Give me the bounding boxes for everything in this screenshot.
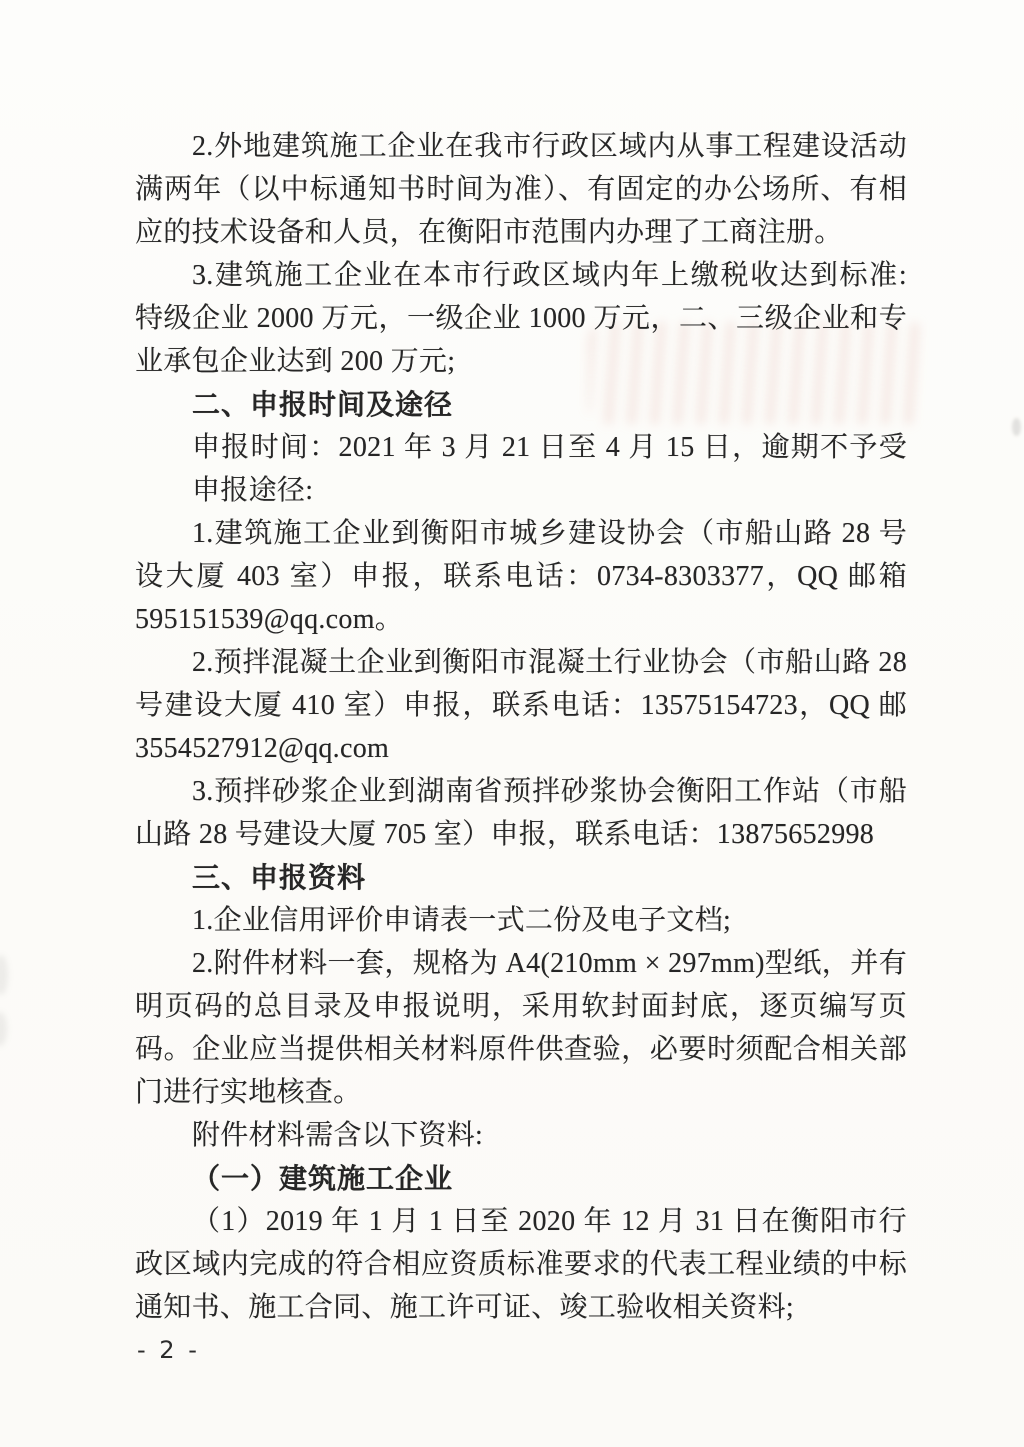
text-line: 3.建筑施工企业在本市行政区域内年上缴税收达到标准:	[135, 254, 907, 297]
text-line: 特级企业 2000 万元，一级企业 1000 万元，二、三级企业和专	[135, 297, 907, 340]
text-line: 通知书、施工合同、施工许可证、竣工验收相关资料;	[135, 1286, 907, 1329]
scan-smudge	[1012, 418, 1021, 436]
page-number: - 2 -	[137, 1336, 200, 1364]
text-line: 满两年（以中标通知书时间为准）、有固定的办公场所、有相	[135, 168, 907, 211]
text-line: 明页码的总目录及申报说明，采用软封面封底，逐页编写页	[135, 985, 907, 1028]
text-line: 门进行实地核查。	[135, 1071, 907, 1114]
scan-smudge	[0, 1012, 7, 1046]
text-line: 595151539@qq.com。	[135, 598, 907, 641]
text-line: 1.企业信用评价申请表一式二份及电子文档;	[135, 899, 907, 942]
text-line: 号建设大厦 410 室）申报，联系电话：13575154723，QQ 邮箱	[135, 684, 907, 727]
text-line: 设大厦 403 室）申报，联系电话：0734-8303377，QQ 邮箱	[135, 555, 907, 598]
section-heading: 二、申报时间及途径	[135, 383, 907, 426]
text-line: 应的技术设备和人员，在衡阳市范围内办理了工商注册。	[135, 211, 907, 254]
text-line: 申报途径:	[135, 469, 907, 512]
section-heading: （一）建筑施工企业	[135, 1157, 907, 1200]
text-line: 1.建筑施工企业到衡阳市城乡建设协会（市船山路 28 号建	[135, 512, 907, 555]
text-line: 2.预拌混凝土企业到衡阳市混凝土行业协会（市船山路 28	[135, 641, 907, 684]
text-line: 码。企业应当提供相关材料原件供查验，必要时须配合相关部	[135, 1028, 907, 1071]
text-line: 政区域内完成的符合相应资质标准要求的代表工程业绩的中标	[135, 1243, 907, 1286]
text-line: 3.预拌砂浆企业到湖南省预拌砂浆协会衡阳工作站（市船	[135, 770, 907, 813]
section-heading: 三、申报资料	[135, 856, 907, 899]
text-line: 山路 28 号建设大厦 705 室）申报，联系电话：13875652998	[135, 813, 907, 856]
text-line: 业承包企业达到 200 万元;	[135, 340, 907, 383]
text-line: 申报时间：2021 年 3 月 21 日至 4 月 15 日，逾期不予受理;	[135, 426, 907, 469]
scanned-document-page: 2.外地建筑施工企业在我市行政区域内从事工程建设活动满两年（以中标通知书时间为准…	[0, 0, 1024, 1447]
text-line: 2.附件材料一套，规格为 A4(210mm × 297mm)型纸，并有标	[135, 942, 907, 985]
scan-smudge	[0, 955, 8, 995]
text-line: 附件材料需含以下资料:	[135, 1114, 907, 1157]
text-line: （1）2019 年 1 月 1 日至 2020 年 12 月 31 日在衡阳市行	[135, 1200, 907, 1243]
document-body: 2.外地建筑施工企业在我市行政区域内从事工程建设活动满两年（以中标通知书时间为准…	[135, 125, 907, 1329]
text-line: 3554527912@qq.com	[135, 727, 907, 770]
text-line: 2.外地建筑施工企业在我市行政区域内从事工程建设活动	[135, 125, 907, 168]
